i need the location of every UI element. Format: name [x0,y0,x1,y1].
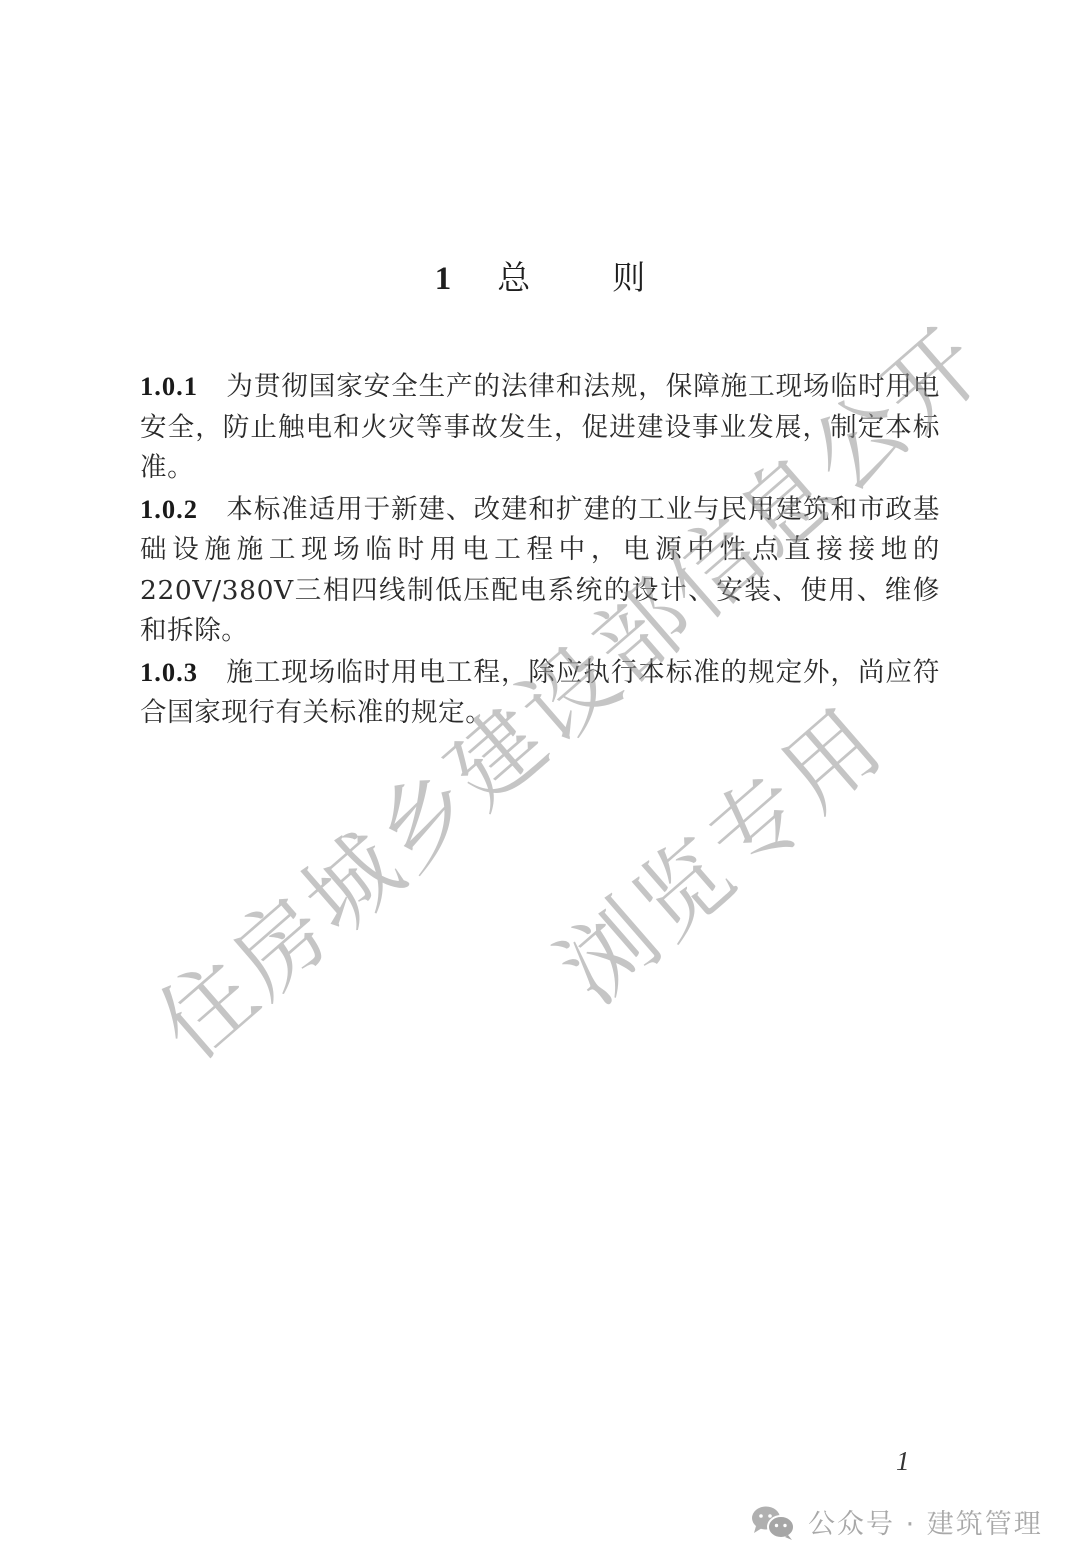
clause-1-0-2: 1.0.2本标准适用于新建、改建和扩建的工业与民用建筑和市政基础设施施工现场临时… [140,489,940,652]
clauses-body: 1.0.1为贯彻国家安全生产的法律和法规，保障施工现场临时用电安全，防止触电和火… [140,366,940,734]
clause-number: 1.0.2 [140,494,198,524]
chapter-title-word-2: 则 [612,258,645,297]
page-number: 1 [896,1446,910,1477]
clause-text: 施工现场临时用电工程，除应执行本标准的规定外，尚应符合国家现行有关标准的规定。 [140,657,940,729]
clause-1-0-1: 1.0.1为贯彻国家安全生产的法律和法规，保障施工现场临时用电安全，防止触电和火… [140,366,940,489]
chapter-number: 1 [435,261,452,297]
clause-text: 为贯彻国家安全生产的法律和法规，保障施工现场临时用电安全，防止触电和火灾等事故发… [140,371,940,483]
clause-number: 1.0.3 [140,657,198,687]
chapter-title-word-1: 总 [497,258,530,297]
footer-text: 公众号 · 建筑管理 [808,1502,1043,1541]
chapter-title: 1总则 [0,254,1080,303]
clause-1-0-3: 1.0.3施工现场临时用电工程，除应执行本标准的规定外，尚应符合国家现行有关标准… [140,652,940,734]
clause-text: 本标准适用于新建、改建和扩建的工业与民用建筑和市政基础设施施工现场临时用电工程中… [140,494,940,647]
wechat-icon [750,1505,796,1539]
footer-source: 公众号 · 建筑管理 [750,1502,1043,1541]
clause-number: 1.0.1 [140,371,198,401]
